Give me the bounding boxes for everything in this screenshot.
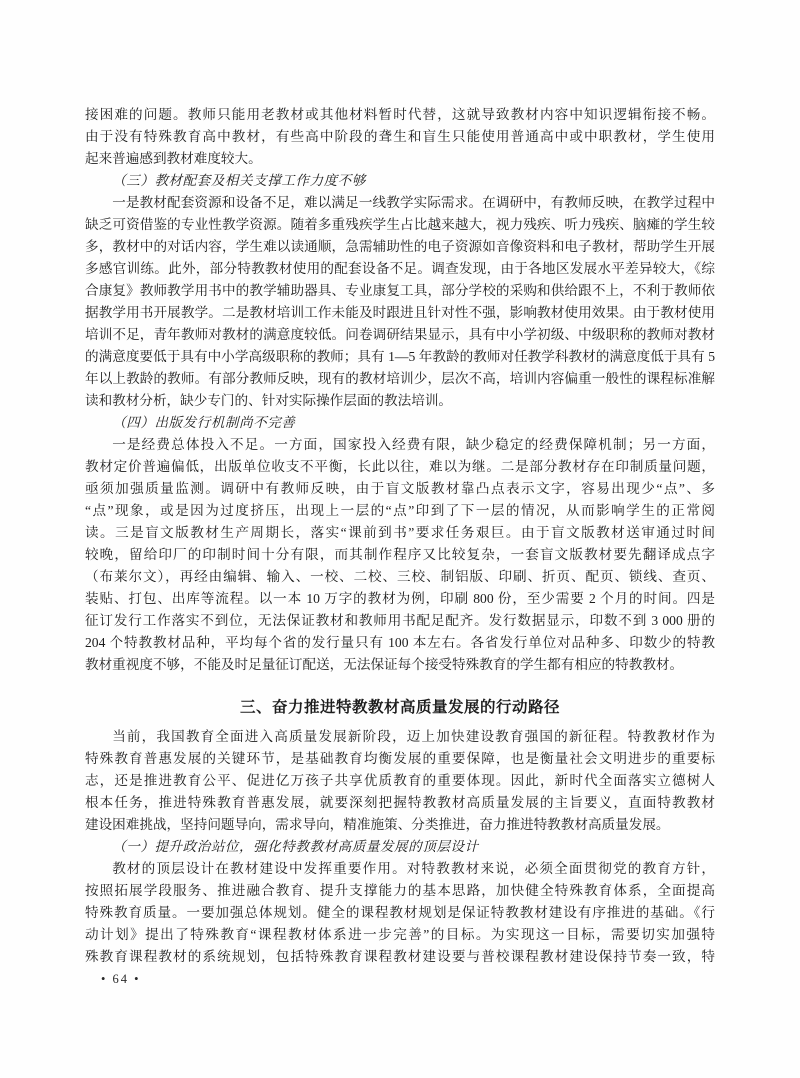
text-line: 的满意度要低于具有中小学高级职称的教师；具有 1—5 年教龄的教师对任教学科教材… [85, 346, 715, 368]
text-line: 接困难的问题。教师只能用老教材或其他材料暂时代替，这就导致教材内容中知识逻辑衔接… [85, 104, 715, 126]
text-line: 读。三是盲文版教材生产周期长，落实“课前到书”要求任务艰巨。由于盲文版教材送审通… [85, 522, 715, 544]
text-line: 教材定价普遍偏低，出版单位收支不平衡，长此以往，难以为继。二是部分教材存在印制质… [85, 456, 715, 478]
text-line: 一是教材配套资源和设备不足，难以满足一线教学实际需求。在调研中，有教师反映，在教… [85, 192, 715, 214]
text-line: 起来普遍感到教材难度较大。 [85, 148, 715, 170]
text-line: 征订发行工作落实不到位，无法保证教材和教师用书配足配齐。发行数据显示，印数不到 … [85, 610, 715, 632]
page-number: • 64 • [101, 972, 141, 987]
text-line: 较晚，留给印厂的印制时间十分有限，而其制作程序又比较复杂，一套盲文版教材要先翻译… [85, 544, 715, 566]
text-line: “点”现象，或是因为过度挤压，出现上一层的“点”印到了下一层的情况，从而影响学生… [85, 500, 715, 522]
text-line: 多，教材中的对话内容，学生难以读通顺，急需辅助性的电子资源如音像资料和电子教材，… [85, 236, 715, 258]
text-line: （布莱尔文），再经由编辑、输入、一校、二校、三校、制铝版、印刷、折页、配页、锁线… [85, 566, 715, 588]
text-line: 特殊教育质量。一要加强总体规划。健全的课程教材规划是保证特教教材建设有序推进的基… [85, 902, 715, 924]
text-line: 亟须加强质量监测。调研中有教师反映，由于盲文版教材靠凸点表示文字，容易出现少“点… [85, 478, 715, 500]
subsection-heading: （三）教材配套及相关支撑工作力度不够 [85, 170, 715, 192]
text-line: 据教学用书开展教学。二是教材培训工作未能及时跟进且针对性不强，影响教材使用效果。… [85, 302, 715, 324]
text-line: 缺乏可资借鉴的专业性教学资源。随着多重残疾学生占比越来越大，视力残疾、听力残疾、… [85, 214, 715, 236]
subsection-heading: （四）出版发行机制尚不完善 [85, 412, 715, 434]
text-line: 年以上教龄的教师。有部分教师反映，现有的教材培训少，层次不高，培训内容偏重一般性… [85, 368, 715, 390]
text-line: 由于没有特殊教育高中教材，有些高中阶段的聋生和盲生只能使用普通高中或中职教材，学… [85, 126, 715, 148]
text-line: 教材的顶层设计在教材建设中发挥重要作用。对特教教材来说，必须全面贯彻党的教育方针… [85, 858, 715, 880]
text-line: 殊教育课程教材的系统规划，包括特殊教育课程教材建设要与普校课程教材建设保持节奏一… [85, 946, 715, 968]
text-line: 合康复》教师教学用书中的教学辅助器具、专业康复工具，部分学校的采购和供给跟不上，… [85, 280, 715, 302]
text-body: 接困难的问题。教师只能用老教材或其他材料暂时代替，这就导致教材内容中知识逻辑衔接… [85, 104, 715, 968]
text-line: 培训不足，青年教师对教材的满意度较低。问卷调研结果显示，具有中小学初级、中级职称… [85, 324, 715, 346]
section-heading: 三、奋力推进特教教材高质量发展的行动路径 [85, 697, 715, 719]
text-line: 根本任务，推进特殊教育普惠发展，就要深刻把握特教教材高质量发展的主旨要义，直面特… [85, 792, 715, 814]
text-line: 按照拓展学段服务、推进融合教育、提升支撑能力的基本思路，加快健全特殊教育体系，全… [85, 880, 715, 902]
text-line: 动计划》提出了特殊教育“课程教材体系进一步完善”的目标。为实现这一目标，需要切实… [85, 924, 715, 946]
text-line: 装贴、打包、出库等流程。以一本 10 万字的教材为例，印刷 800 份，至少需要… [85, 588, 715, 610]
text-line: 教材重视度不够，不能及时足量征订配送，无法保证每个接受特殊教育的学生都有相应的特… [85, 654, 715, 676]
text-line: 志，还是推进教育公平、促进亿万孩子共享优质教育的重要体现。因此，新时代全面落实立… [85, 770, 715, 792]
text-line: 204 个特教教材品种，平均每个省的发行量只有 100 本左右。各省发行单位对品… [85, 632, 715, 654]
text-line: 多感官训练。此外，部分特教教材使用的配套设备不足。调查发现，由于各地区发展水平差… [85, 258, 715, 280]
text-line: 特殊教育普惠发展的关键环节，是基础教育均衡发展的重要保障，也是衡量社会文明进步的… [85, 748, 715, 770]
text-line: 当前，我国教育全面进入高质量发展新阶段，迈上加快建设教育强国的新征程。特教教材作… [85, 726, 715, 748]
text-line: 读和教材分析，缺少专门的、针对实际操作层面的教法培训。 [85, 390, 715, 412]
text-line: 建设困难挑战，坚持问题导向，需求导向，精准施策、分类推进，奋力推进特教教材高质量… [85, 814, 715, 836]
document-page: 接困难的问题。教师只能用老教材或其他材料暂时代替，这就导致教材内容中知识逻辑衔接… [0, 0, 800, 1078]
text-line: 一是经费总体投入不足。一方面，国家投入经费有限，缺少稳定的经费保障机制；另一方面… [85, 434, 715, 456]
subsection-heading: （一）提升政治站位，强化特教教材高质量发展的顶层设计 [85, 836, 715, 858]
